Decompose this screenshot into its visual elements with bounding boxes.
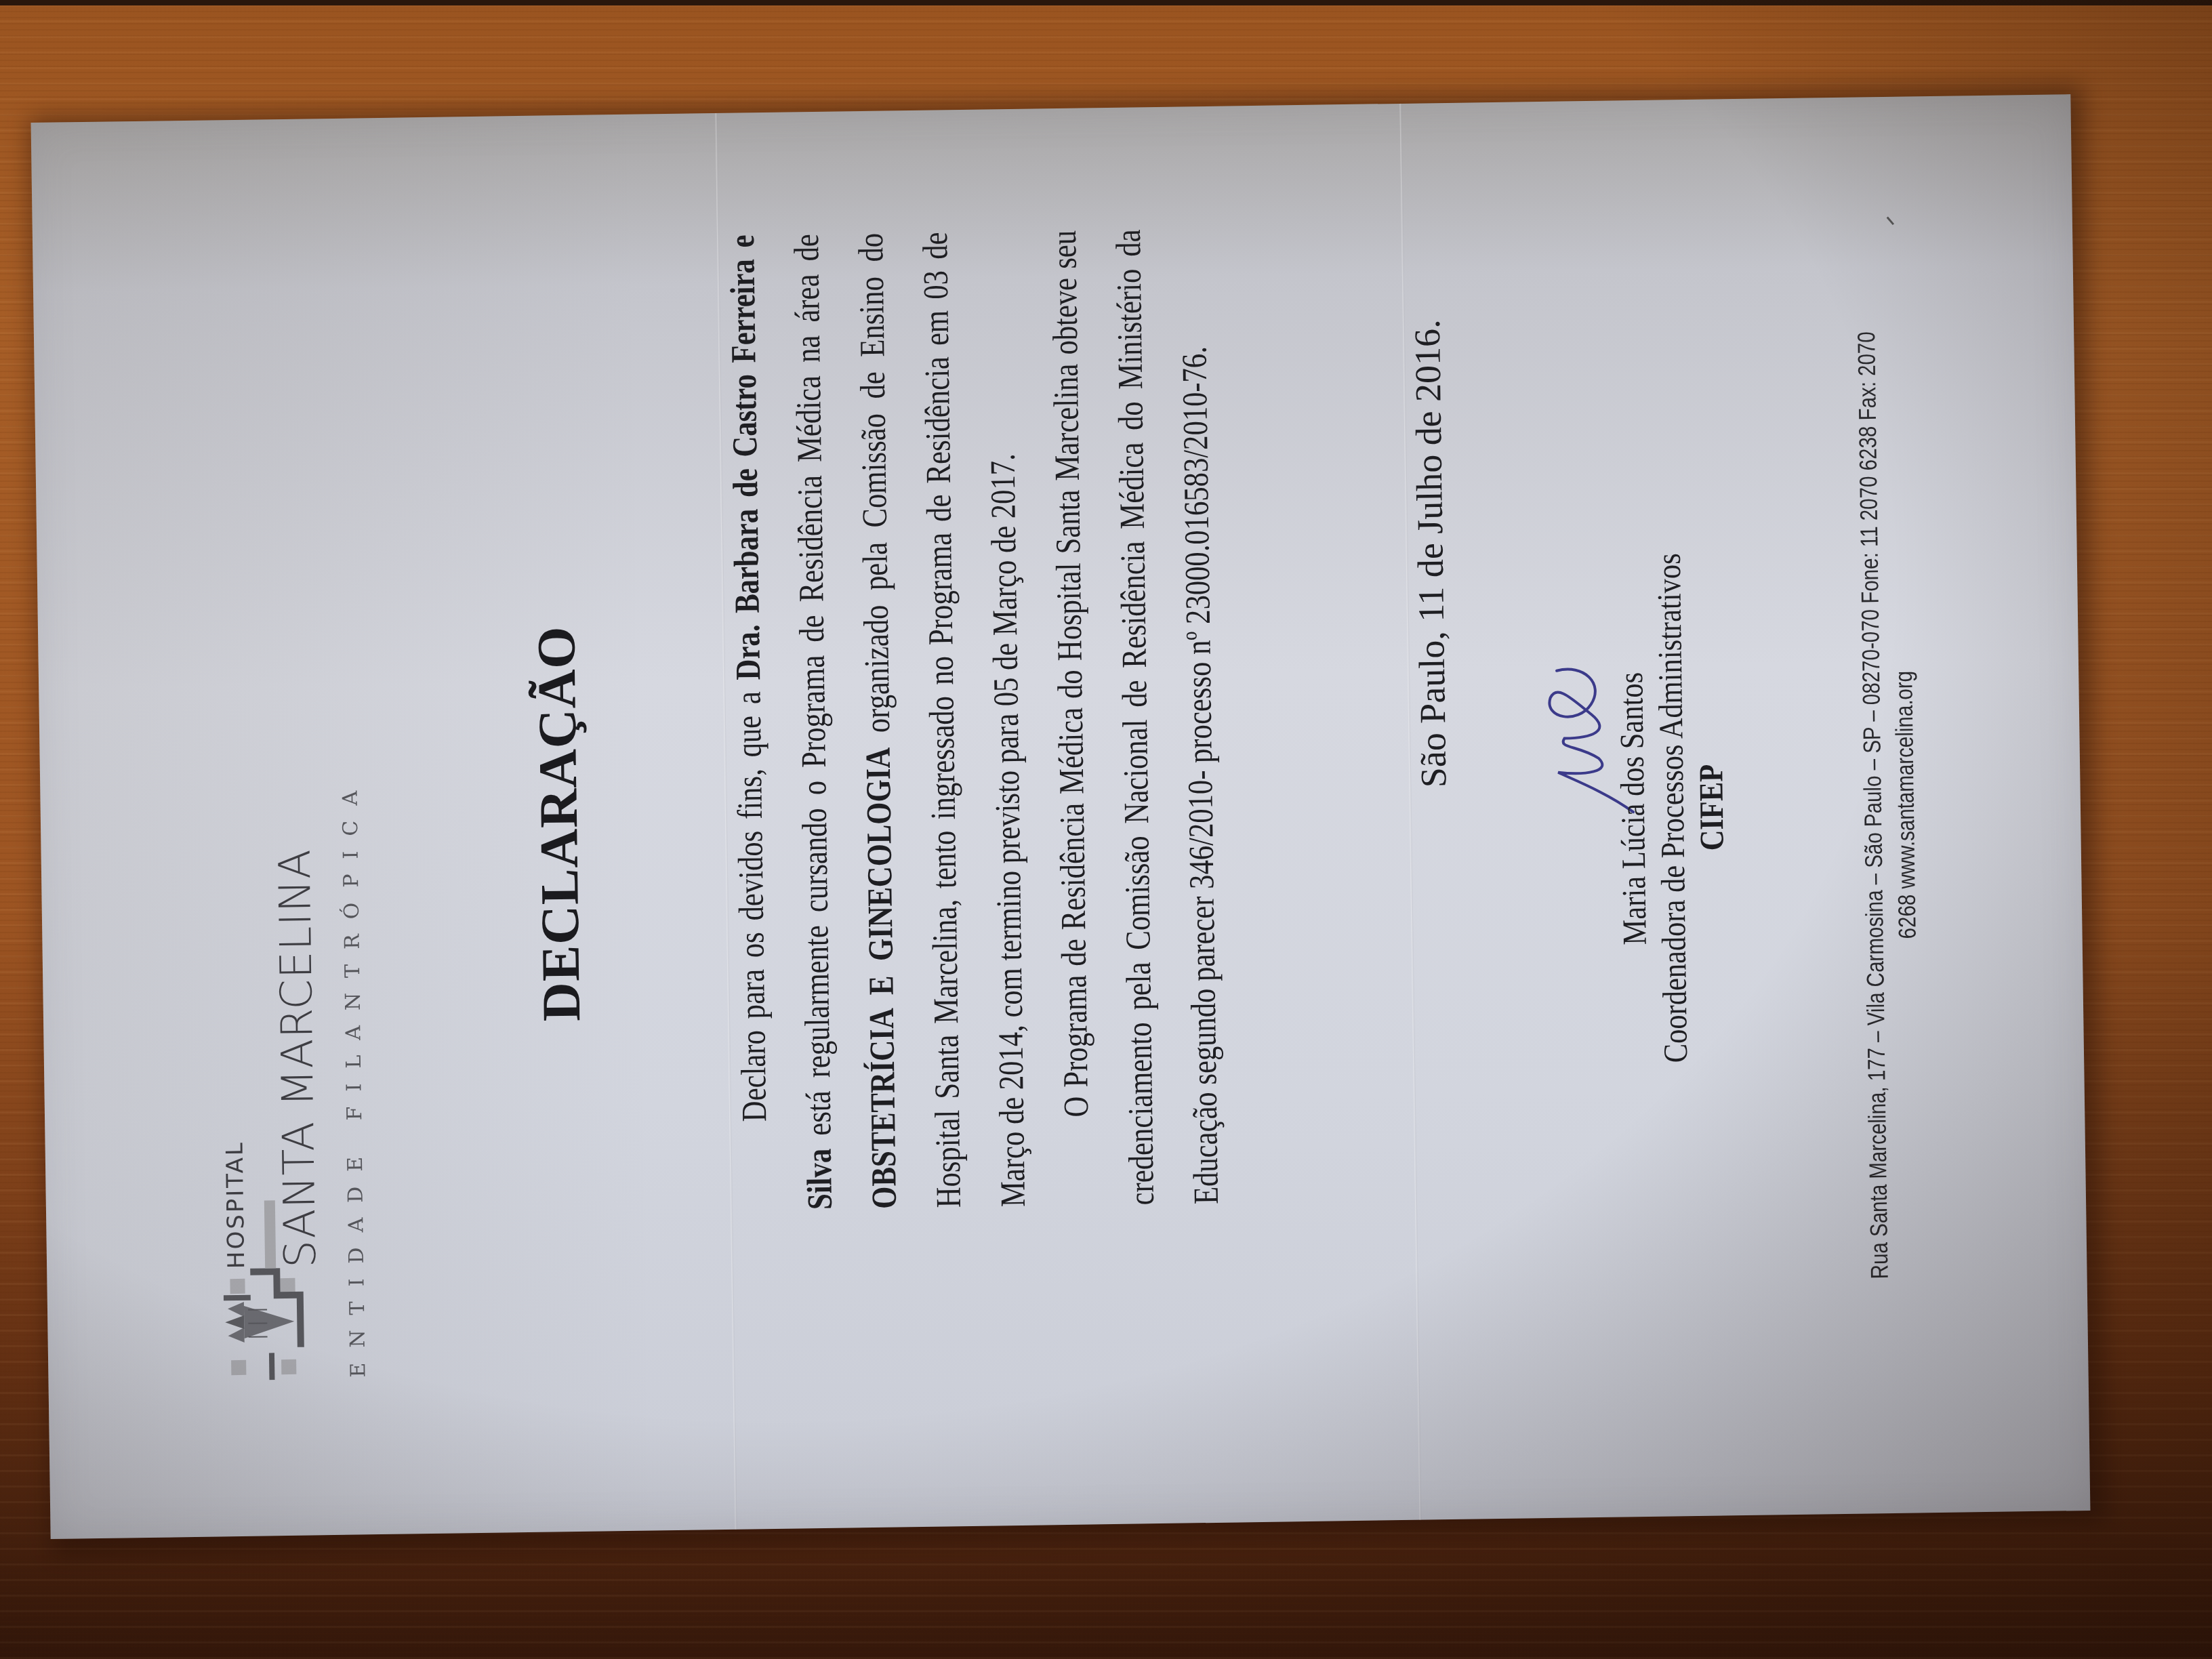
- paper-fold-line: [1399, 104, 1421, 1520]
- handwritten-signature-icon: [1529, 636, 1654, 840]
- document-page: HOSPITAL SANTA MARCELINA ENTIDADE FILANT…: [31, 94, 2091, 1539]
- cathedral-cross-logo-icon: [223, 1264, 333, 1380]
- footer-contact: 6268 www.santamarcelina.org: [1881, 224, 1930, 1385]
- paper-fold-line: [715, 113, 737, 1530]
- paragraph-intro: Declaro para os devidos fins, que a: [729, 680, 774, 1122]
- paragraph-declaration: Declaro para os devidos fins, que a Dra.…: [710, 231, 1046, 1211]
- student-name: Dra. Barbara de Castro Ferreira e Silva: [723, 234, 840, 1210]
- signatory-role: Coordenadora de Processos Administrativo…: [1644, 206, 1700, 1410]
- paragraph-middle: está regularmente cursando o Programa de…: [787, 234, 839, 1149]
- table-edge: [0, 0, 2212, 5]
- document-title: DECLARAÇÃO: [518, 115, 600, 1532]
- place-date: São Paulo, 11 de Julho de 2016.: [1406, 319, 1455, 788]
- brand-divider: [264, 1200, 276, 1268]
- paragraph-rest: organizado pela Comissão de Ensino do Ho…: [852, 232, 1033, 1208]
- paper-speck: [1887, 217, 1894, 226]
- brand-subtitle: ENTIDADE FILANTRÓPICA: [338, 776, 370, 1378]
- brand-hospital-name: SANTA MARCELINA: [270, 848, 327, 1268]
- footer-address: Rua Santa Marcelina, 177 – Vila Carmosin…: [1849, 224, 1898, 1386]
- signatory-block: Maria Lúcia dos Santos Coordenadora de P…: [1603, 99, 1740, 1517]
- signatory-name: Maria Lúcia dos Santos: [1605, 207, 1661, 1411]
- document-body: Declaro para os devidos fins, que a Dra.…: [710, 228, 1239, 1211]
- signatory-department: CIFEP: [1683, 205, 1740, 1410]
- letterhead-footer: Rua Santa Marcelina, 177 – Vila Carmosin…: [1847, 96, 1931, 1513]
- specialty: OBSTETRÍCIA E GINECOLOGIA: [859, 747, 904, 1209]
- paragraph-accreditation: O Programa de Residência Médica do Hospi…: [1032, 228, 1239, 1207]
- brand-hospital-label: HOSPITAL: [222, 1141, 251, 1269]
